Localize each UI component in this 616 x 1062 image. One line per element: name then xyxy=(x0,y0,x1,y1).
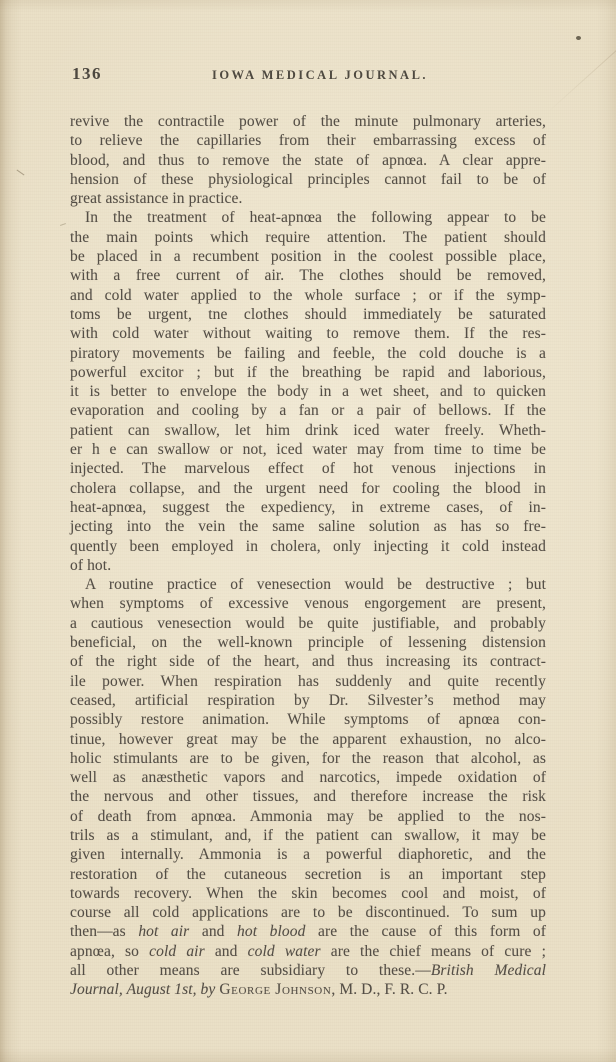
text-line: quently been employed in cholera, only i… xyxy=(70,537,546,556)
text-segment: to relieve the capillaries from their em… xyxy=(70,132,546,149)
text-line: powerful excitor ; but if the breathing … xyxy=(70,363,546,382)
text-segment: with a free current of air. The clothes … xyxy=(70,267,546,284)
text-line: A routine practice of venesection would … xyxy=(70,575,546,594)
text-line: when symptoms of excessive venous engorg… xyxy=(70,594,546,613)
text-segment: towards recovery. When the skin becomes … xyxy=(70,885,546,902)
text-segment: of hot. xyxy=(70,557,111,574)
text-line: a cautious venesection would be quite ju… xyxy=(70,614,546,633)
text-line: er h e can swallow or not, iced water ma… xyxy=(70,440,546,459)
text-line: Journal, August 1st, by George Johnson, … xyxy=(70,980,546,999)
text-line: with a free current of air. The clothes … xyxy=(70,266,546,285)
text-segment: cold water xyxy=(248,943,321,960)
text-segment: jecting into the vein the same saline so… xyxy=(70,518,546,535)
text-segment: patient can swallow, let him drink iced … xyxy=(70,422,546,439)
text-line: trils as a stimulant, and, if the patien… xyxy=(70,826,546,845)
article-text: revive the contractile power of the minu… xyxy=(70,112,546,1000)
text-segment: cold air xyxy=(149,943,205,960)
text-segment: and xyxy=(205,943,248,960)
text-line: course all cold applications are to be d… xyxy=(70,903,546,922)
text-segment: with cold water without waiting to remov… xyxy=(70,325,546,342)
text-segment: cholera collapse, and the urgent need fo… xyxy=(70,480,546,497)
page-header: 136 IOWA MEDICAL JOURNAL. xyxy=(70,64,546,90)
text-line: the main points which require attention.… xyxy=(70,228,546,247)
text-line: heat-apnœa, suggest the expediency, in e… xyxy=(70,498,546,517)
text-segment: ile power. When respiration has suddenly… xyxy=(70,673,546,690)
text-segment: Journal, August 1st, by xyxy=(70,981,219,998)
text-segment: a cautious venesection would be quite ju… xyxy=(70,615,546,632)
text-segment: er h e can swallow or not, iced water ma… xyxy=(70,441,546,458)
text-segment: restoration of the cutaneous secretion i… xyxy=(70,866,546,883)
text-segment: given internally. Ammonia is a powerful … xyxy=(70,846,546,863)
page-crease xyxy=(547,12,616,113)
text-line: jecting into the vein the same saline so… xyxy=(70,517,546,536)
text-line: be placed in a recumbent position in the… xyxy=(70,247,546,266)
text-line: great assistance in practice. xyxy=(70,189,546,208)
text-segment: apnœa, so xyxy=(70,943,149,960)
text-segment: George Johnson xyxy=(219,981,331,998)
text-line: the nervous and other tissues, and there… xyxy=(70,787,546,806)
text-segment: hension of these physiological principle… xyxy=(70,171,546,188)
text-segment: well as anæsthetic vapors and narcotics,… xyxy=(70,769,546,786)
journal-title: IOWA MEDICAL JOURNAL. xyxy=(70,64,546,83)
text-segment: In the treatment of heat-apnœa the follo… xyxy=(85,209,546,226)
scan-scratch-small xyxy=(60,223,66,226)
text-line: all other means are subsidiary to these.… xyxy=(70,961,546,980)
text-segment: of the right side of the heart, and thus… xyxy=(70,653,546,670)
text-segment: it is better to envelope the body in a w… xyxy=(70,383,546,400)
text-line: patient can swallow, let him drink iced … xyxy=(70,421,546,440)
text-segment: evaporation and cooling by a fan or a pa… xyxy=(70,402,546,419)
text-line: tinue, however great may be the apparent… xyxy=(70,730,546,749)
text-line: with cold water without waiting to remov… xyxy=(70,324,546,343)
text-segment: ceased, artificial respiration by Dr. Si… xyxy=(70,692,546,709)
text-segment: the nervous and other tissues, and there… xyxy=(70,788,546,805)
text-line: blood, and thus to remove the state of a… xyxy=(70,151,546,170)
scan-scratch xyxy=(17,170,25,176)
text-line: restoration of the cutaneous secretion i… xyxy=(70,865,546,884)
text-segment: A routine practice of venesection would … xyxy=(85,576,546,593)
text-line: toms be urgent, tne clothes should immed… xyxy=(70,305,546,324)
text-segment: injected. The marvelous effect of hot ve… xyxy=(70,460,546,477)
text-segment: the main points which require attention.… xyxy=(70,229,546,246)
text-segment: all other means are subsidiary to these.… xyxy=(70,962,431,979)
text-line: it is better to envelope the body in a w… xyxy=(70,382,546,401)
text-segment: tinue, however great may be the apparent… xyxy=(70,731,546,748)
text-segment: are the cause of this form of xyxy=(305,923,546,940)
text-segment: be placed in a recumbent position in the… xyxy=(70,248,546,265)
text-line: well as anæsthetic vapors and narcotics,… xyxy=(70,768,546,787)
text-segment: holic stimulants are to be given, for th… xyxy=(70,750,546,767)
text-segment: , M. D., F. R. C. P. xyxy=(331,981,447,998)
text-segment: beneficial, on the well-known principle … xyxy=(70,634,546,651)
text-line: of the right side of the heart, and thus… xyxy=(70,652,546,671)
text-line: given internally. Ammonia is a powerful … xyxy=(70,845,546,864)
ink-speck xyxy=(576,36,581,40)
text-segment: and cold water applied to the whole surf… xyxy=(70,287,546,304)
text-line: apnœa, so cold air and cold water are th… xyxy=(70,942,546,961)
text-segment: course all cold applications are to be d… xyxy=(70,904,546,921)
text-segment: revive the contractile power of the minu… xyxy=(70,113,546,130)
text-segment: of death from apnœa. Ammonia may be appl… xyxy=(70,808,546,825)
text-line: cholera collapse, and the urgent need fo… xyxy=(70,479,546,498)
text-segment: powerful excitor ; but if the breathing … xyxy=(70,364,546,381)
text-line: towards recovery. When the skin becomes … xyxy=(70,884,546,903)
text-segment: and xyxy=(189,923,237,940)
page-number: 136 xyxy=(72,64,102,84)
text-line: hension of these physiological principle… xyxy=(70,170,546,189)
text-line: beneficial, on the well-known principle … xyxy=(70,633,546,652)
text-line: ceased, artificial respiration by Dr. Si… xyxy=(70,691,546,710)
text-line: possibly restore animation. While sympto… xyxy=(70,710,546,729)
text-line: revive the contractile power of the minu… xyxy=(70,112,546,131)
text-line: In the treatment of heat-apnœa the follo… xyxy=(70,208,546,227)
text-segment: piratory movements be failing and feeble… xyxy=(70,345,546,362)
text-segment: heat-apnœa, suggest the expediency, in e… xyxy=(70,499,546,516)
text-segment: hot blood xyxy=(237,923,305,940)
text-line: of hot. xyxy=(70,556,546,575)
text-segment: possibly restore animation. While sympto… xyxy=(70,711,546,728)
text-segment: when symptoms of excessive venous engorg… xyxy=(70,595,546,612)
text-line: piratory movements be failing and feeble… xyxy=(70,344,546,363)
text-segment: quently been employed in cholera, only i… xyxy=(70,538,546,555)
text-line: of death from apnœa. Ammonia may be appl… xyxy=(70,807,546,826)
text-segment: then—as xyxy=(70,923,138,940)
text-segment: hot air xyxy=(138,923,189,940)
text-segment: trils as a stimulant, and, if the patien… xyxy=(70,827,546,844)
text-segment: toms be urgent, tne clothes should immed… xyxy=(70,306,546,323)
text-line: and cold water applied to the whole surf… xyxy=(70,286,546,305)
text-line: ile power. When respiration has suddenly… xyxy=(70,672,546,691)
text-line: holic stimulants are to be given, for th… xyxy=(70,749,546,768)
text-line: evaporation and cooling by a fan or a pa… xyxy=(70,401,546,420)
scanned-journal-page: 136 IOWA MEDICAL JOURNAL. revive the con… xyxy=(0,0,616,1062)
text-segment: great assistance in practice. xyxy=(70,190,242,207)
text-segment: blood, and thus to remove the state of a… xyxy=(70,152,546,169)
text-segment: British Medical xyxy=(431,962,546,979)
text-line: then—as hot air and hot blood are the ca… xyxy=(70,922,546,941)
text-segment: are the chief means of cure ; xyxy=(321,943,546,960)
text-line: to relieve the capillaries from their em… xyxy=(70,131,546,150)
text-line: injected. The marvelous effect of hot ve… xyxy=(70,459,546,478)
